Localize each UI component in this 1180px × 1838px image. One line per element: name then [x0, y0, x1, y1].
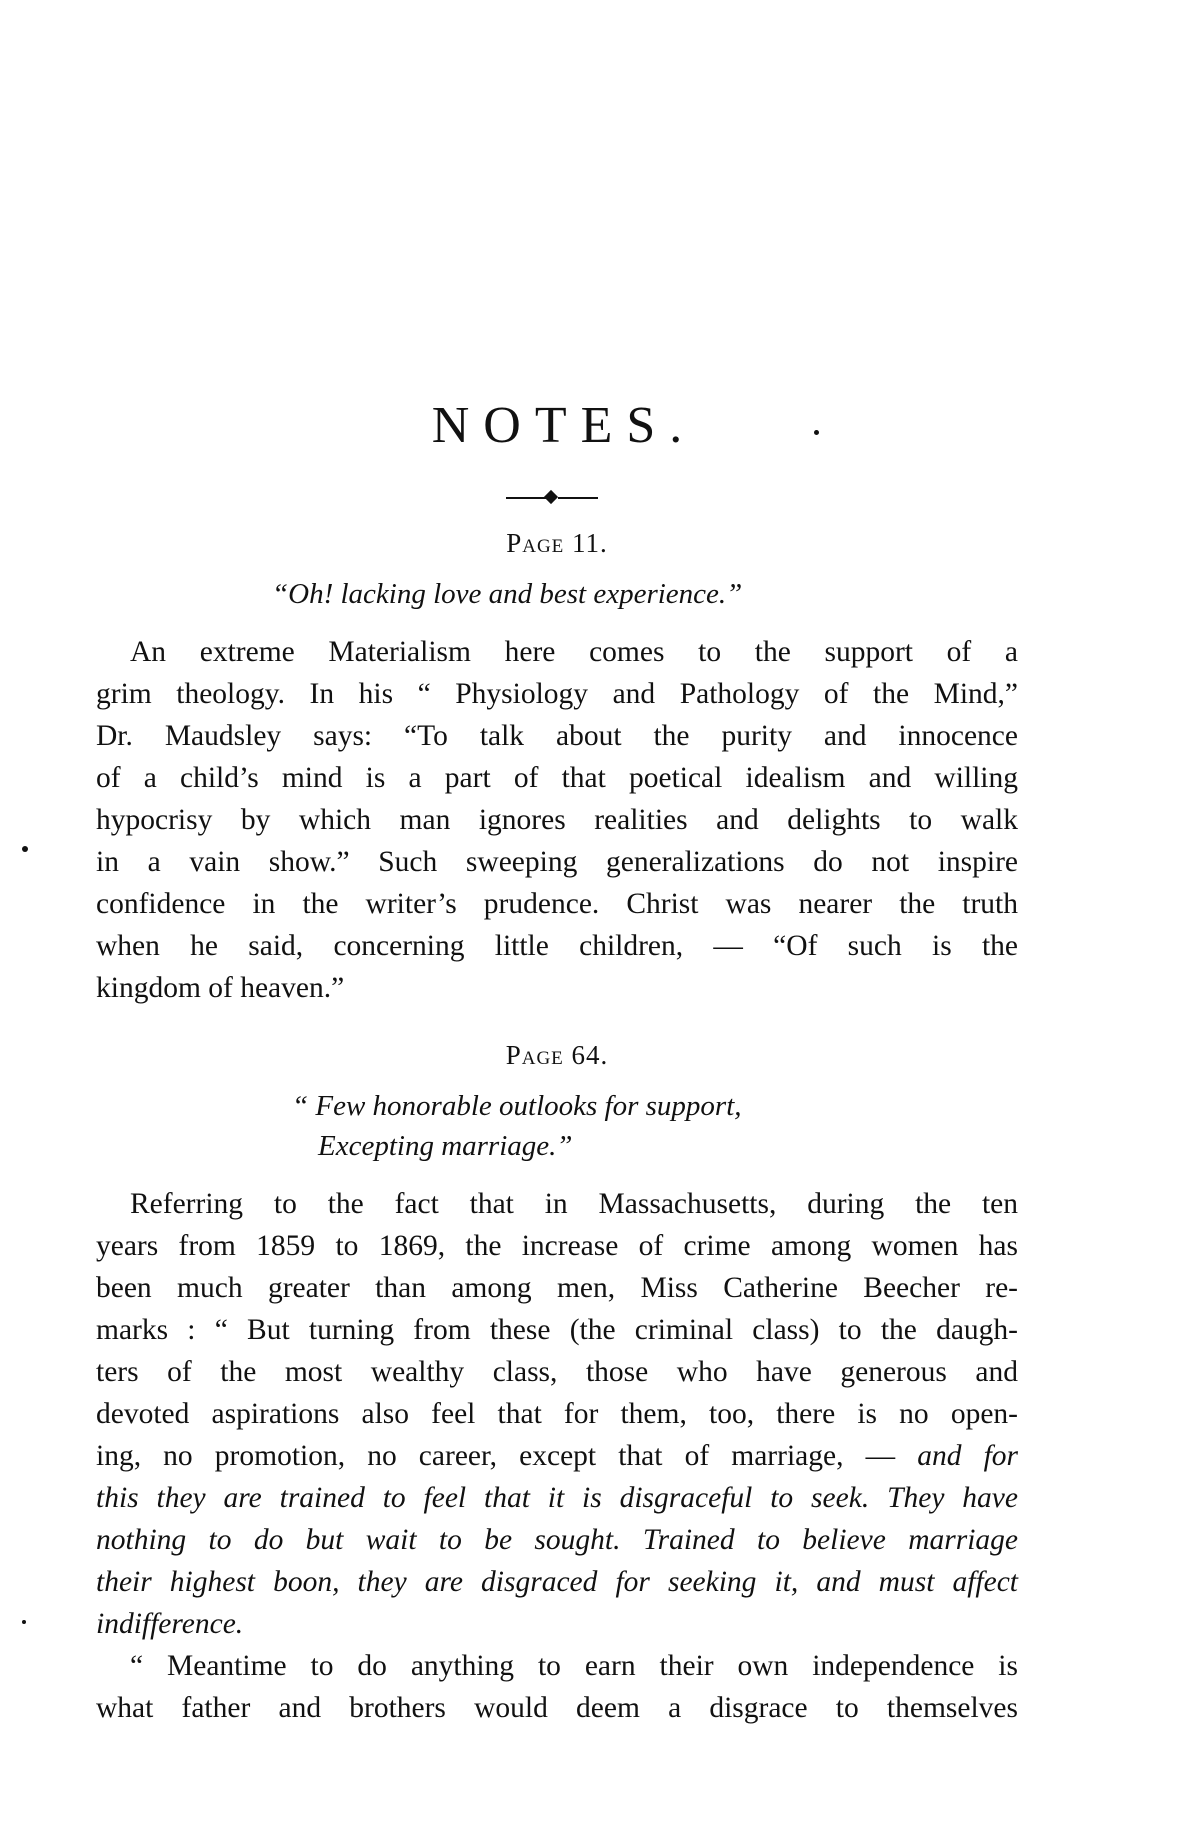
epigraph-line: Excepting marriage.”: [318, 1130, 573, 1163]
section-heading-page-11: Page 11.: [96, 528, 1018, 559]
paragraph-line: been much greater than among men, Miss C…: [96, 1268, 1018, 1308]
roman-text: ing, no promotion, no career, except tha…: [96, 1440, 895, 1472]
paragraph-line: ters of the most wealthy class, those wh…: [96, 1352, 1018, 1392]
paragraph-line: hypocrisy by which man ignores realities…: [96, 800, 1018, 840]
paragraph-line: Dr. Maudsley says: “To talk about the pu…: [96, 716, 1018, 756]
section-heading-page-64: Page 64.: [96, 1040, 1018, 1071]
epigraph-line: “Oh! lacking love and best experience.”: [272, 578, 742, 611]
paragraph-line: marks : “ But turning from these (the cr…: [96, 1310, 1018, 1350]
paragraph-line: devoted aspirations also feel that for t…: [96, 1394, 1018, 1434]
page-title: NOTES.: [96, 396, 1018, 455]
italic-paragraph-line: this they are trained to feel that it is…: [96, 1478, 1018, 1518]
paragraph-line: An extreme Materialism here comes to the…: [96, 632, 1018, 672]
paragraph-line: of a child’s mind is a part of that poet…: [96, 758, 1018, 798]
scan-speck: [814, 430, 819, 435]
paragraph-line-mixed: ing, no promotion, no career, except tha…: [96, 1436, 1018, 1476]
paragraph-line: kingdom of heaven.”: [96, 968, 1018, 1008]
epigraph-line: “ Few honorable outlooks for support,: [292, 1090, 742, 1123]
paragraph-line: years from 1859 to 1869, the increase of…: [96, 1226, 1018, 1266]
paragraph-line: “ Meantime to do anything to earn their …: [96, 1646, 1018, 1686]
italic-paragraph-line: nothing to do but wait to be sought. Tra…: [96, 1520, 1018, 1560]
paragraph-line: confidence in the writer’s prudence. Chr…: [96, 884, 1018, 924]
scan-speck: [22, 846, 28, 852]
scan-speck: [22, 1620, 26, 1624]
paragraph-line: what father and brothers would deem a di…: [96, 1688, 1018, 1728]
paragraph-line: in a vain show.” Such sweeping generaliz…: [96, 842, 1018, 882]
paragraph-line: Referring to the fact that in Massachuse…: [96, 1184, 1018, 1224]
paragraph-line: when he said, concerning little children…: [96, 926, 1018, 966]
italic-text: and for: [917, 1440, 1018, 1472]
paragraph-line: grim theology. In his “ Physiology and P…: [96, 674, 1018, 714]
ornament-divider-icon: [506, 492, 598, 504]
italic-paragraph-line: indifference.: [96, 1604, 1018, 1644]
italic-paragraph-line: their highest boon, they are disgraced f…: [96, 1562, 1018, 1602]
